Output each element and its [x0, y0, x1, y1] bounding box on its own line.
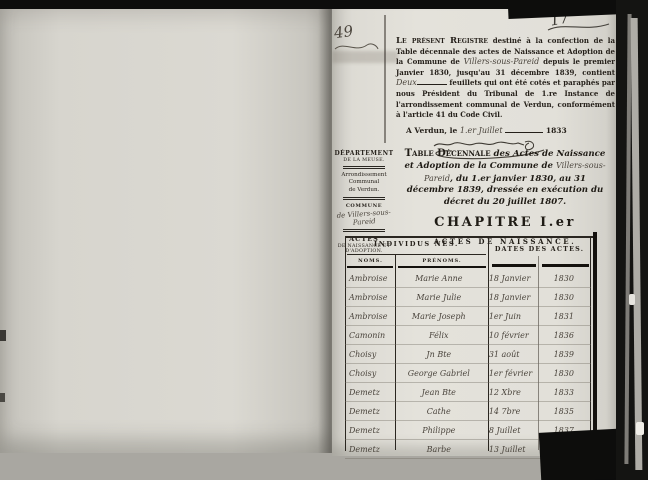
- departement-label: DÉPARTEMENT: [333, 150, 395, 157]
- date-cell: 8 Juillet: [482, 426, 536, 435]
- title-lead: Table Décennale: [405, 148, 491, 159]
- annee-cell: 1830: [536, 369, 591, 378]
- table-right-heavy-border: [593, 232, 598, 458]
- table-row: Ambroise Marie Joseph 1er Juin 1831: [345, 307, 591, 326]
- document-title: Table Décennale des Actes de Naissance e…: [401, 148, 609, 208]
- date-cell: 18 Janvier: [482, 293, 536, 302]
- prenom-cell: Félix: [396, 331, 482, 340]
- page-edge-speck: [636, 422, 644, 435]
- prenom-cell: Jean Bte: [396, 388, 482, 397]
- page-edge-mark: [0, 393, 5, 402]
- date-cell: 18 Janvier: [482, 274, 536, 283]
- nom-cell: Ambroise: [345, 274, 396, 283]
- table-row: Camonin Félix 10 février 1836: [345, 326, 591, 345]
- table-row: Demetz Cathe 14 7bre 1835: [345, 402, 591, 421]
- column-header-noms: NOMS.: [345, 258, 396, 264]
- blank-filler-dash: [417, 78, 447, 85]
- table-row: Ambroise Marie Julie 18 Janvier 1830: [345, 288, 591, 307]
- nom-cell: Demetz: [345, 426, 396, 435]
- date-cell: 10 février: [482, 331, 536, 340]
- heavy-rule-date: [492, 264, 536, 267]
- year-printed: 1833: [546, 126, 567, 135]
- table-row: Choisy George Gabriel 1er février 1830: [345, 364, 591, 383]
- page-edge-speck: [629, 294, 635, 305]
- page-fold-line: [384, 15, 386, 143]
- group-header-dates: DATES DES ACTES.: [488, 245, 591, 253]
- heavy-rule-noms: [347, 266, 393, 268]
- table-row: Choisy Jn Bte 31 août 1839: [345, 345, 591, 364]
- departement-value: DE LA MEUSE.: [333, 158, 395, 163]
- nom-cell: Choisy: [345, 369, 396, 378]
- prenom-cell: Marie Anne: [396, 274, 482, 283]
- date-cell: 13 Juillet: [482, 445, 536, 454]
- date-cell: 31 août: [482, 350, 536, 359]
- date-cell: 12 Xbre: [482, 388, 536, 397]
- prenom-cell: George Gabriel: [396, 369, 482, 378]
- blank-filler-dash: [505, 126, 543, 133]
- nom-cell: Ambroise: [345, 293, 396, 302]
- printer-rule: [343, 166, 385, 169]
- date-cell: 1er février: [482, 369, 536, 378]
- paragraph-lead: Le présent Registre: [396, 36, 488, 46]
- annee-cell: 1839: [536, 350, 591, 359]
- nom-cell: Demetz: [345, 388, 396, 397]
- sheet-count-handwritten: Deux: [396, 78, 417, 87]
- prenom-cell: Marie Julie: [396, 293, 482, 302]
- title-block: Table Décennale des Actes de Naissance e…: [401, 148, 609, 246]
- margin-column: DÉPARTEMENT DE LA MEUSE. Arrondissement …: [333, 150, 395, 254]
- commune-name-handwritten: Villers-sous-Pareid: [464, 57, 540, 66]
- faded-stamp: [332, 51, 398, 63]
- prenom-cell: Philippe: [396, 426, 482, 435]
- table-body: Ambroise Marie Anne 18 Janvier 1830 Ambr…: [345, 269, 591, 459]
- nom-cell: Ambroise: [345, 312, 396, 321]
- register-certification-paragraph: Le présent Registre destiné à la confect…: [396, 36, 615, 163]
- page-edge-mark: [0, 330, 6, 341]
- annee-cell: 1836: [536, 331, 591, 340]
- annee-cell: 1835: [536, 407, 591, 416]
- prenom-cell: Marie Joseph: [396, 312, 482, 321]
- nom-cell: Choisy: [345, 350, 396, 359]
- annee-cell: 1831: [536, 312, 591, 321]
- table-row: Ambroise Marie Anne 18 Janvier 1830: [345, 269, 591, 288]
- folio-flourish: [546, 21, 612, 35]
- prenom-cell: Barbe: [396, 445, 482, 454]
- commune-value-handwritten: de Villers-sous-Pareid: [333, 208, 396, 228]
- screenshot-root: { "page": { "folio_left": "49", "folio_r…: [0, 0, 648, 480]
- prenom-cell: Cathe: [396, 407, 482, 416]
- place-date-line: A Verdun, le 1.er Juillet 1833: [396, 126, 615, 137]
- date-handwritten: 1.er Juillet: [460, 126, 503, 135]
- table-top-border: [345, 236, 594, 238]
- annee-cell: 1830: [536, 293, 591, 302]
- heavy-rule-annee: [542, 264, 589, 267]
- right-document-page: 49 17 Le présent Registre destiné à la c…: [332, 9, 618, 456]
- arrondissement-label: Arrondissement Communal: [333, 172, 395, 186]
- annee-cell: 1833: [536, 388, 591, 397]
- nom-cell: Demetz: [345, 445, 396, 454]
- rule-under-individus: [347, 254, 486, 255]
- printer-rule: [343, 197, 385, 200]
- prenom-cell: Jn Bte: [396, 350, 482, 359]
- place-printed: A Verdun, le: [406, 126, 457, 135]
- table-row: Demetz Jean Bte 12 Xbre 1833: [345, 383, 591, 402]
- group-header-individus: INDIVIDUS NÉS.: [345, 240, 488, 248]
- column-header-prenoms: PRÉNOMS.: [396, 258, 488, 264]
- nom-cell: Camonin: [345, 331, 396, 340]
- printer-rule: [343, 229, 385, 232]
- date-cell: 1er Juin: [482, 312, 536, 321]
- annee-cell: 1830: [536, 274, 591, 283]
- nom-cell: Demetz: [345, 407, 396, 416]
- left-blank-page: [0, 9, 332, 453]
- arrondissement-value: de Verdun.: [333, 187, 395, 194]
- chapter-heading: CHAPITRE I.er: [401, 215, 609, 230]
- date-cell: 14 7bre: [482, 407, 536, 416]
